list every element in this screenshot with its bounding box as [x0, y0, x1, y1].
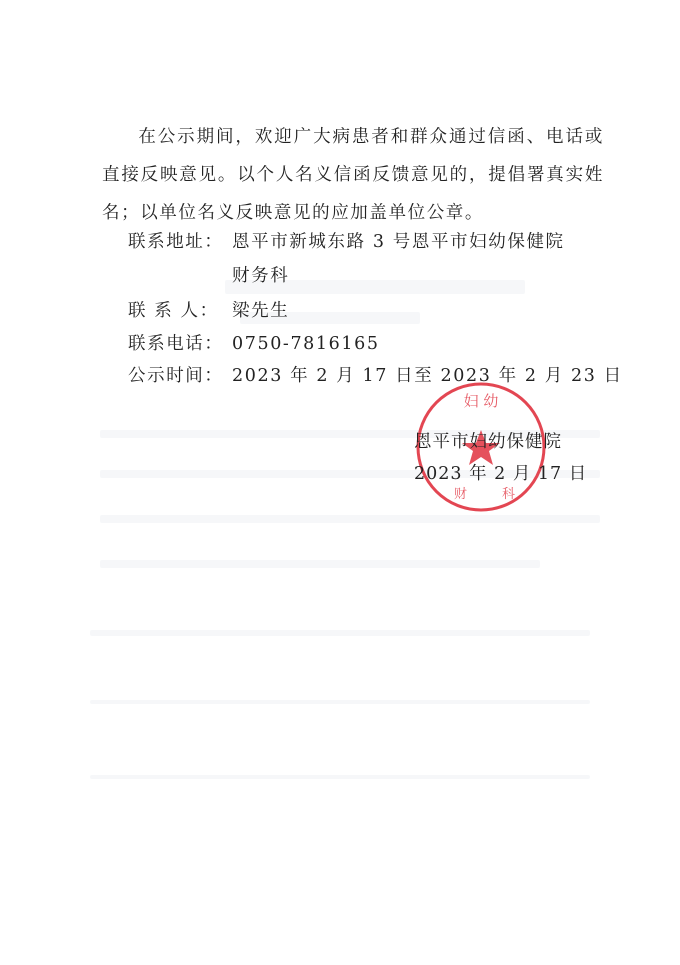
phone-row: 联系电话：0750-7816165 — [128, 330, 380, 355]
phone-value: 0750-7816165 — [232, 334, 380, 354]
svg-text:财: 财 — [454, 486, 467, 502]
svg-text:科: 科 — [502, 486, 515, 502]
notice-paragraph: 在公示期间，欢迎广大病患者和群众通过信函、电话或直接反映意见。以个人名义信函反馈… — [102, 118, 604, 232]
person-label: 联 系 人： — [128, 297, 232, 322]
address-row-2: 财务科 — [128, 262, 289, 287]
signature-organization: 恩平市妇幼保健院 — [414, 428, 562, 453]
bleed-through — [90, 775, 590, 779]
phone-label: 联系电话： — [128, 330, 232, 355]
bleed-through — [90, 700, 590, 704]
address-row: 联系地址：恩平市新城东路 3 号恩平市妇幼保健院 — [128, 228, 565, 253]
bleed-through — [100, 515, 600, 523]
person-value: 梁先生 — [232, 301, 289, 321]
address-label: 联系地址： — [128, 228, 232, 253]
bleed-through — [100, 560, 540, 568]
period-row: 公示时间：2023 年 2 月 17 日至 2023 年 2 月 23 日 — [128, 362, 623, 387]
paragraph-text: 在公示期间，欢迎广大病患者和群众通过信函、电话或直接反映意见。以个人名义信函反馈… — [102, 127, 604, 223]
address-value-2: 财务科 — [232, 266, 289, 286]
signature-date: 2023 年 2 月 17 日 — [414, 460, 587, 485]
bleed-through — [90, 630, 590, 636]
address-value: 恩平市新城东路 3 号恩平市妇幼保健院 — [232, 232, 565, 252]
svg-text:妇 幼: 妇 幼 — [464, 392, 499, 410]
period-label: 公示时间： — [128, 362, 232, 387]
person-row: 联 系 人：梁先生 — [128, 297, 289, 322]
